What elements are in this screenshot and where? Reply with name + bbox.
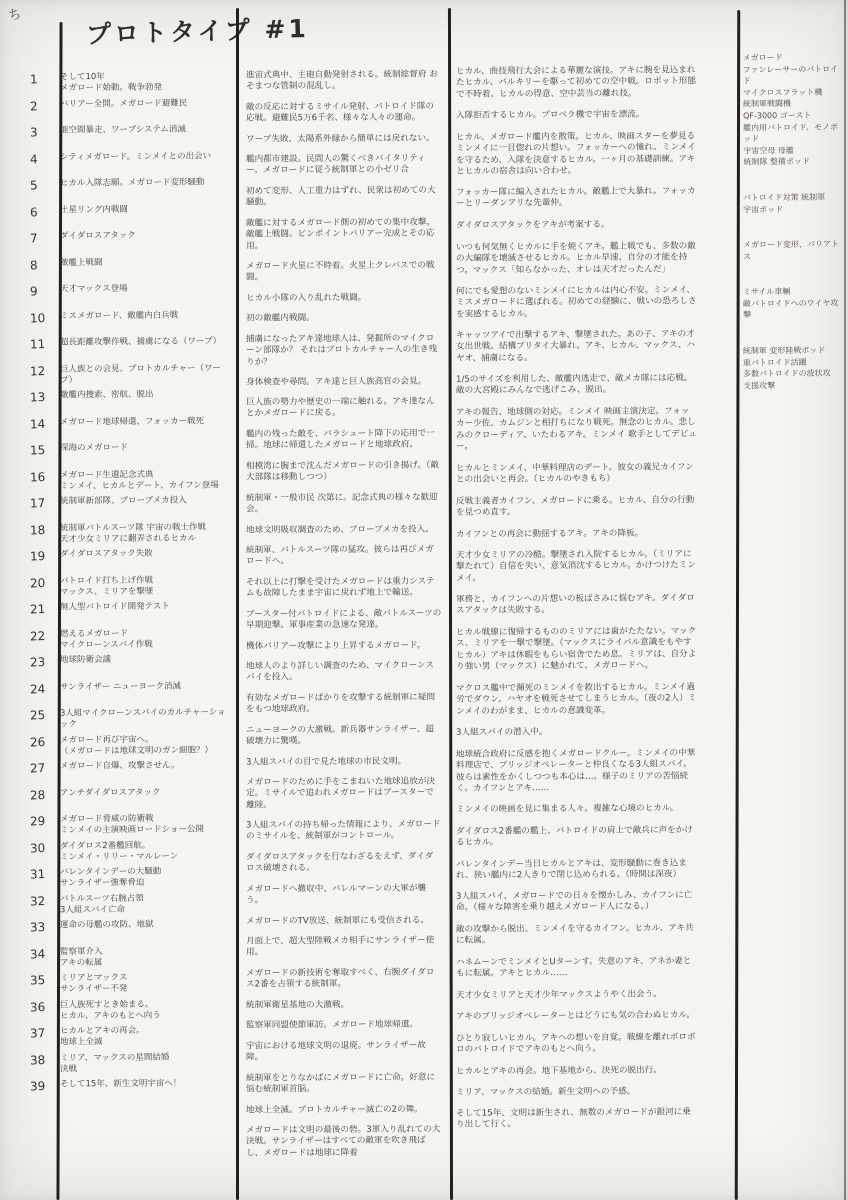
beat-row: 12 巨人族との会見、プロトカルチャー（ワープ） bbox=[30, 364, 232, 391]
beat-summary: 敵艦内捜索、密航、脱出 bbox=[60, 390, 154, 402]
detail-paragraph: 3人組スパイの持ち帰った情報により、メガロードのミサイルを、統制軍がコントロール… bbox=[246, 820, 442, 844]
beat-summary: そして10年 メガロード始動。戦争勃発 bbox=[60, 72, 162, 95]
detail-paragraph: 月面上で、超大型陸戦メカ相手にサンライザー使用。 bbox=[246, 936, 442, 960]
beat-row: 15 深海のメガロード bbox=[30, 443, 232, 470]
detail-paragraph: 宇宙における地球文明の退廃。サンライザー故障。 bbox=[246, 1040, 442, 1064]
scan-edge-line bbox=[844, 0, 846, 1200]
beat-summary: バレンタインデーの大騒動 サンライザー強奪脅迫 bbox=[60, 867, 161, 890]
character-paragraph: キャッツアイで出撃するアキ、撃墜された。あの子、アキの才女出世戦。結構ブリタイ大… bbox=[456, 329, 698, 365]
beat-number: 4 bbox=[30, 151, 60, 166]
detail-paragraph: 統制軍をとりなかばにメガロードに亡命。好意に悩む統制軍首脳。 bbox=[246, 1072, 442, 1096]
beat-summary: バリアー全開。メガロード避難民 bbox=[60, 98, 187, 110]
beat-number: 31 bbox=[30, 866, 60, 881]
beat-number: 7 bbox=[30, 230, 60, 245]
detail-paragraph: ブースター付バトロイドによる、敵バトルスーツの早期迎撃。軍事産業の急速な発達。 bbox=[246, 608, 442, 632]
beat-summary: ヒカルとアキの再会。 地球上全滅 bbox=[60, 1026, 145, 1049]
beat-row: 28 アンチダイダロスアタック bbox=[30, 788, 232, 815]
beat-number: 25 bbox=[30, 707, 60, 722]
character-paragraph: いつも何気無くヒカルに手を焼くアキ。艦上戦でも、多数の敵の大編隊を壊滅させるヒカ… bbox=[456, 241, 698, 277]
column-divider-line bbox=[236, 8, 239, 1200]
detail-paragraph: 巨人族の勢力や歴史の一端に触れる。アキ達なんとかメガロードに戻る。 bbox=[246, 397, 442, 421]
corner-mark: ち bbox=[7, 3, 23, 24]
beat-number: 5 bbox=[30, 177, 60, 192]
detail-paragraph: 統制軍、バトルスーツ隊の猛攻。彼らは再びメガロードへ。 bbox=[246, 545, 442, 569]
character-paragraph: ミンメイの映画を見に集まる人々。複雑な心境のヒカル。 bbox=[456, 804, 698, 817]
beat-row: 17 統制軍新部隊、プローブメカ投入 bbox=[30, 496, 232, 523]
beat-summary: 天才マックス登場 bbox=[60, 284, 128, 296]
detail-paragraph: メガロードは文明の最後の砦。3軍入り乱れての大決戦。サンライザーはすべての敵軍を… bbox=[246, 1124, 442, 1159]
beat-row: 23 地球防衛会議 bbox=[30, 655, 232, 682]
detail-paragraph: 捕虜になったアキ達地球人は、発掘所のマイクローン部隊か？ それはプロトカルチャー… bbox=[246, 333, 442, 368]
beat-number: 17 bbox=[30, 495, 60, 510]
character-paragraph: ヒカル、曲技飛行大会による華麗な演技。アキに腕を見込まれたヒカル、バルキリーを駆… bbox=[456, 65, 698, 101]
detail-paragraph: 進宙式典中、主砲自動発射される。統制総督府 おそまつな管制の混乱し。 bbox=[246, 69, 442, 93]
detail-paragraph: 初めて変形、人工重力はずれ、民衆は初めての大騒動。 bbox=[246, 185, 442, 209]
beat-number: 39 bbox=[30, 1078, 60, 1093]
detail-column: 進宙式典中、主砲自動発射される。統制総督府 おそまつな管制の混乱し。 敵の反応に… bbox=[246, 70, 442, 1168]
beat-row: 19 ダイダロスアタック失敗 bbox=[30, 549, 232, 576]
detail-paragraph: それ以上に打撃を受けたメガロードは重力システムも故障したまま宇宙に戻れず地上で輸… bbox=[246, 577, 442, 601]
beat-summary: そして15年、新生文明宇宙へ！ bbox=[60, 1079, 181, 1091]
beat-row: 35 ミリアとマックス サンライザー不発 bbox=[30, 973, 232, 1000]
character-paragraph: フォッカー隊に編入されたヒカル。敵艦上で大暴れ。フォッカーとリーダンアリな先輩仲… bbox=[456, 187, 698, 211]
detail-paragraph: ワープ失敗、太陽系外縁から簡単には戻れない。 bbox=[246, 133, 442, 145]
beat-number: 36 bbox=[30, 999, 60, 1014]
beat-summary: 亜空間暴走、ワープシステム消滅 bbox=[60, 125, 186, 137]
beat-row: 1 そして10年 メガロード始動。戦争勃発 bbox=[30, 72, 232, 99]
beat-number: 6 bbox=[30, 204, 60, 219]
beat-summary: アンチダイダロスアタック bbox=[60, 787, 161, 799]
beat-row: 34 監察軍介入 アキの転属 bbox=[30, 947, 232, 974]
mecha-notes-column: メガロード ファンレーサーのバトロイド マイクロスフラット機 統制軍戦闘機 QF… bbox=[743, 52, 843, 415]
beat-number: 10 bbox=[30, 310, 60, 325]
beat-row: 7 ダイダロスアタック bbox=[30, 231, 232, 258]
beat-row: 5 ヒカル入隊志願。メガロード変形騒動 bbox=[30, 178, 232, 205]
beat-summary: ダイダロスアタック bbox=[60, 231, 136, 243]
character-paragraph: 何にでも愛想のないミンメイにヒカルは内心不安。ミンメイ、ミスメガロードに選ばれる… bbox=[456, 285, 698, 321]
beat-number: 22 bbox=[30, 628, 60, 643]
beat-summary: 土星リング内戦闘 bbox=[60, 204, 128, 216]
character-paragraph: 3人組スパイ、メガロードでの日々を懐かしみ、カイフンに亡命。（様々な障害を乗り越… bbox=[456, 891, 698, 915]
beat-row: 31 バレンタインデーの大騒動 サンライザー強奪脅迫 bbox=[30, 867, 232, 894]
beat-list-column: 1 そして10年 メガロード始動。戦争勃発 2 バリアー全開。メガロード避難民 … bbox=[30, 72, 232, 1106]
beat-number: 15 bbox=[30, 442, 60, 457]
beat-summary: ダイダロス2番艦回航。 ミンメイ・リリー・マルレーン bbox=[60, 840, 178, 863]
beat-row: 4 シティメガロード。ミンメイとの出会い bbox=[30, 152, 232, 179]
beat-summary: 3人組マイクローンスパイのカルチャーショック bbox=[60, 707, 232, 730]
beat-number: 24 bbox=[30, 681, 60, 696]
page-title: プロトタイプ #1 bbox=[86, 9, 310, 51]
character-paragraph: アキの報告、地球側の対応。ミンメイ 映画主演決定。フォッカー少佐、カムジンと相打… bbox=[456, 407, 698, 454]
beat-summary: メガロード生還記念式典 ミンメイ、ヒカルとデート、カイフン登場 bbox=[60, 469, 219, 492]
detail-paragraph: 身体検査や尋問。アキ達と巨人族高官の会見。 bbox=[246, 377, 442, 389]
detail-paragraph: 地球上全滅。プロトカルチャー滅亡の2の舞。 bbox=[246, 1104, 442, 1116]
beat-number: 14 bbox=[30, 416, 60, 431]
beat-number: 16 bbox=[30, 469, 60, 484]
beat-row: 33 運命の母艦の攻防、地獄 bbox=[30, 920, 232, 947]
beat-number: 38 bbox=[30, 1052, 60, 1067]
beat-summary: シティメガロード。ミンメイとの出会い bbox=[60, 151, 211, 163]
character-paragraph: ひとり寂しいヒカル。アキへの想いを自覚。戦線を離れボロボロのバトロイドでアキのも… bbox=[456, 1032, 698, 1056]
beat-row: 3 亜空間暴走、ワープシステム消滅 bbox=[30, 125, 232, 152]
detail-paragraph: 相模湾に胸まで沈んだメガロードの引き揚げ。（敵大部隊は移動しつつ） bbox=[246, 461, 442, 485]
beat-summary: 運命の母艦の攻防、地獄 bbox=[60, 920, 154, 932]
character-paragraph: 3人組スパイの潜入中。 bbox=[456, 726, 698, 739]
beat-row: 26 メガロード再び宇宙へ。 （メガロードは地球文明のガン細胞？） bbox=[30, 735, 232, 762]
beat-summary: 巨人族との会見、プロトカルチャー（ワープ） bbox=[60, 363, 232, 386]
beat-number: 1 bbox=[30, 71, 60, 86]
character-paragraph: 1/5のサイズを利用した、敵艦内逃走で、敵メカ隊には応戦。敵の大宮殿にみんなで逃… bbox=[456, 374, 698, 398]
detail-paragraph: 有効なメガロードばかりを攻撃する統制軍に疑問をもつ地球政府。 bbox=[246, 693, 442, 717]
beat-row: 8 敵艦上戦闘 bbox=[30, 258, 232, 285]
beat-summary: 超長距離攻撃作戦、捕虜になる（ワープ） bbox=[60, 336, 221, 348]
beat-row: 27 メガロード自爆、攻撃させん。 bbox=[30, 761, 232, 788]
character-paragraph: カイフンとの再会に動揺するアキ。アキの降板。 bbox=[456, 528, 698, 541]
beat-summary: 地球防衛会議 bbox=[60, 655, 111, 666]
mecha-note: バトロイド対策 統制軍 宇宙ポッド bbox=[743, 192, 843, 216]
mecha-note: ミサイル車輌 敵バトロイドへのワイヤ攻撃 bbox=[743, 286, 843, 322]
detail-paragraph: メガロードの新技術を奪取すべく、右腕ダイダロス2番を占領する統制軍。 bbox=[246, 968, 442, 992]
beat-number: 2 bbox=[30, 98, 60, 113]
beat-summary: 統制軍新部隊、プローブメカ投入 bbox=[60, 496, 187, 508]
character-paragraph: ダイダロスアタックをアキが考案する。 bbox=[456, 219, 698, 232]
character-paragraph: ヒカルとミンメイ、中華料理店のデート。彼女の義兄カイフンとの出会いと再会。（ヒカ… bbox=[456, 462, 698, 486]
beat-row: 6 土星リング内戦闘 bbox=[30, 205, 232, 232]
beat-row: 29 メガロード脅威の防衛戦 ミンメイの主演映画ロードショー公開 bbox=[30, 814, 232, 841]
detail-paragraph: メガロードのために手をこまねいた地球追放が決定。ミサイルで追われメガロードはブー… bbox=[246, 777, 442, 812]
beat-row: 39 そして15年、新生文明宇宙へ！ bbox=[30, 1079, 232, 1106]
scanned-page: ち プロトタイプ #1 1 そして10年 メガロード始動。戦争勃発 2 バリアー… bbox=[0, 0, 848, 1200]
beat-row: 25 3人組マイクローンスパイのカルチャーショック bbox=[30, 708, 232, 735]
beat-row: 18 統制軍バトルスーツ隊 宇宙の戦士作戦 天才少女ミリアに翻弄されるヒカル bbox=[30, 523, 232, 550]
beat-number: 26 bbox=[30, 734, 60, 749]
beat-summary: ミスメガロード、敵艦内白兵戦 bbox=[60, 310, 178, 322]
beat-summary: 統制軍バトルスーツ隊 宇宙の戦士作戦 天才少女ミリアに翻弄されるヒカル bbox=[60, 522, 206, 545]
beat-summary: メガロード脅威の防衛戦 ミンメイの主演映画ロードショー公開 bbox=[60, 813, 204, 836]
character-paragraph: 入隊拒否するヒカル。プロペラ機で宇宙を漂流。 bbox=[456, 110, 698, 123]
beat-row: 20 バトロイド打ち上げ作戦 マックス、ミリアを撃墜 bbox=[30, 576, 232, 603]
detail-paragraph: メガロード火星に不時着。火星上クレバスでの戦闘。 bbox=[246, 261, 442, 285]
beat-row: 13 敵艦内捜索、密航、脱出 bbox=[30, 390, 232, 417]
beat-row: 36 巨人族死すとき始まる。 ヒカル、アキのもとへ向う bbox=[30, 1000, 232, 1027]
column-divider-line bbox=[735, 10, 740, 1200]
beat-number: 35 bbox=[30, 972, 60, 987]
beat-number: 33 bbox=[30, 919, 60, 934]
detail-paragraph: 機体バリアー攻撃により上昇するメガロード。 bbox=[246, 640, 442, 652]
beat-summary: メガロード再び宇宙へ。 （メガロードは地球文明のガン細胞？） bbox=[60, 734, 213, 757]
beat-number: 18 bbox=[30, 522, 60, 537]
character-paragraph: ハネムーンでミンメイとUターンす。失意のアキ、アネか妻ともに転属。アキとヒカル…… bbox=[456, 956, 698, 980]
beat-summary: メガロード地球帰還、フォッカー戦死 bbox=[60, 416, 204, 428]
character-paragraph: 天才少女ミリアの冷酷。撃墜され入院するヒカル。（ミリアに撃たれて）自信を失い、意… bbox=[456, 549, 698, 585]
beat-number: 32 bbox=[30, 893, 60, 908]
beat-summary: 敵艦上戦闘 bbox=[60, 257, 103, 268]
detail-paragraph: 地球人のより詳しい調査のため、マイクローンスパイを投入。 bbox=[246, 661, 442, 685]
detail-paragraph: 統制軍・一般市民 次第に。記念式典の様々な歓迎会。 bbox=[246, 492, 442, 516]
detail-paragraph: ダイダロスアタックを行なわざるをえず、ダイダロス破壊される。 bbox=[246, 852, 442, 876]
beat-number: 3 bbox=[30, 124, 60, 139]
character-paragraph: 地球統合政府に反感を抱くメガロードクルー。ミンメイの中華料理店で、ブリッジオペレ… bbox=[456, 748, 698, 795]
character-column: ヒカル、曲技飛行大会による華麗な演技。アキに腕を見込まれたヒカル、バルキリーを駆… bbox=[456, 66, 698, 1141]
beat-number: 29 bbox=[30, 813, 60, 828]
beat-number: 34 bbox=[30, 946, 60, 961]
beat-summary: 燃えるメガロード マイクローンスパイ作戦 bbox=[60, 628, 153, 651]
character-paragraph: マクロス艦中で瀕死のミンメイを救出するヒカル。ミンメイ過労でダウン。ハヤオを戦死… bbox=[456, 682, 698, 718]
mecha-note: メガロード変形、バリアトス bbox=[743, 239, 843, 263]
beat-summary: 監察軍介入 アキの転属 bbox=[60, 946, 103, 968]
beat-number: 23 bbox=[30, 654, 60, 669]
beat-summary: 巨人族死すとき始まる。 ヒカル、アキのもとへ向う bbox=[60, 999, 161, 1022]
character-paragraph: ミリア、マックスの結婚。新生文明への予感。 bbox=[456, 1086, 698, 1099]
column-divider-line bbox=[448, 8, 453, 1200]
beat-summary: 深海のメガロード bbox=[60, 443, 128, 455]
detail-paragraph: 初の敵艦内戦闘。 bbox=[246, 313, 442, 325]
character-paragraph: そして15年、文明は新生され、無数のメガロードが銀河に乗り出して行く。 bbox=[456, 1108, 698, 1132]
beat-summary: バトルスーツ右腕占領 3人組スパイ亡命 bbox=[60, 893, 144, 916]
beat-number: 20 bbox=[30, 575, 60, 590]
character-paragraph: ヒカルとアキの再会。地下基地から、決死の脱出行。 bbox=[456, 1065, 698, 1078]
detail-paragraph: 統制軍衛星基地の大激戦。 bbox=[246, 1000, 442, 1012]
beat-number: 13 bbox=[30, 389, 60, 404]
detail-paragraph: 艦内の残った敵を、パラシュート降下の応用で一掃。地球に帰還したメガロードと地球政… bbox=[246, 429, 442, 453]
beat-number: 28 bbox=[30, 787, 60, 802]
character-paragraph: ヒカル戦線に復帰するもののミリアには歯がたたない。マックス、ミリアを一撃で撃墜。… bbox=[456, 626, 698, 673]
beat-summary: ミリア、マックスの星間結婚 決戦 bbox=[60, 1052, 170, 1075]
beat-number: 21 bbox=[30, 601, 60, 616]
beat-summary: メガロード自爆、攻撃させん。 bbox=[60, 761, 180, 773]
beat-row: 37 ヒカルとアキの再会。 地球上全滅 bbox=[30, 1026, 232, 1053]
detail-paragraph: 3人組スパイの目で見た地球の市民文明。 bbox=[246, 756, 442, 768]
character-paragraph: 敵の攻撃から脱出、ミンメイを守るカイフン。ヒカル、アキ共に転属。 bbox=[456, 923, 698, 947]
beat-number: 8 bbox=[30, 257, 60, 272]
beat-number: 37 bbox=[30, 1025, 60, 1040]
character-paragraph: 軍務と、カイフンへの片想いの板ばさみに悩むアキ。ダイダロスアタックは失敗する。 bbox=[456, 594, 698, 618]
detail-paragraph: 敵艦に対するメガロード側の初めての集中攻撃。敵艦上戦闘。ピンポイントバリアー完成… bbox=[246, 217, 442, 252]
beat-row: 21 無人型バトロイド開発テスト bbox=[30, 602, 232, 629]
detail-paragraph: ニューヨークの大激戦。新兵器サンライザー、超破壊力に驚嘆。 bbox=[246, 724, 442, 748]
beat-row: 16 メガロード生還記念式典 ミンメイ、ヒカルとデート、カイフン登場 bbox=[30, 470, 232, 497]
beat-number: 11 bbox=[30, 336, 60, 351]
detail-paragraph: メガロードへ撤収中、バレルマーンの大軍が襲う。 bbox=[246, 884, 442, 908]
beat-row: 9 天才マックス登場 bbox=[30, 284, 232, 311]
detail-paragraph: ヒカル小隊の入り乱れた戦闘。 bbox=[246, 292, 442, 304]
detail-paragraph: メガロードのTV放送、統制軍にも受信される。 bbox=[246, 915, 442, 927]
mecha-note: メガロード ファンレーサーのバトロイド マイクロスフラット機 統制軍戦闘機 QF… bbox=[742, 52, 843, 169]
beat-summary: バトロイド打ち上げ作戦 マックス、ミリアを撃墜 bbox=[60, 575, 153, 598]
detail-paragraph: 艦内都市建設。民間人の驚くべきバイタリティー。メガロードに従う統制軍との小ゼリ合 bbox=[246, 154, 442, 178]
character-paragraph: ダイダロス2番艦の艦上、バトロイドの肩上で敵兵に声をかけるヒカル。 bbox=[456, 825, 698, 849]
beat-number: 19 bbox=[30, 548, 60, 563]
character-paragraph: バレンタインデー当日ヒカルとアキは、変形騒動に巻き込まれ、狭い艦内に2人きりで閉… bbox=[456, 858, 698, 882]
beat-row: 14 メガロード地球帰還、フォッカー戦死 bbox=[30, 417, 232, 444]
beat-row: 32 バトルスーツ右腕占領 3人組スパイ亡命 bbox=[30, 894, 232, 921]
beat-summary: ヒカル入隊志願。メガロード変形騒動 bbox=[60, 177, 205, 189]
detail-paragraph: 監察軍同盟使節軍訪。メガロード地球帰還。 bbox=[246, 1020, 442, 1032]
beat-summary: ミリアとマックス サンライザー不発 bbox=[60, 973, 128, 996]
beat-row: 24 サンライザー ニューヨーク消滅 bbox=[30, 682, 232, 709]
beat-row: 11 超長距離攻撃作戦、捕虜になる（ワープ） bbox=[30, 337, 232, 364]
beat-number: 30 bbox=[30, 840, 60, 855]
beat-number: 27 bbox=[30, 760, 60, 775]
beat-row: 30 ダイダロス2番艦回航。 ミンメイ・リリー・マルレーン bbox=[30, 841, 232, 868]
character-paragraph: 反戦主義者カイフン、メガロードに乗る。ヒカル、自分の行動を見つめ直す。 bbox=[456, 495, 698, 519]
beat-row: 22 燃えるメガロード マイクローンスパイ作戦 bbox=[30, 629, 232, 656]
character-paragraph: ヒカル、メガロード艦内を散策。ヒカル、映画スターを夢見るミンメイに一目惚れの片想… bbox=[456, 131, 698, 178]
beat-number: 12 bbox=[30, 363, 60, 378]
beat-row: 10 ミスメガロード、敵艦内白兵戦 bbox=[30, 311, 232, 338]
detail-paragraph: 地球文明吸収調査のため、プローブメカを投入。 bbox=[246, 524, 442, 536]
beat-row: 2 バリアー全開。メガロード避難民 bbox=[30, 99, 232, 126]
beat-number: 9 bbox=[30, 283, 60, 298]
character-paragraph: アキのブリッジオペレーターとはどうにも気の合わぬヒカル。 bbox=[456, 1011, 698, 1024]
beat-summary: 無人型バトロイド開発テスト bbox=[60, 602, 170, 614]
beat-summary: サンライザー ニューヨーク消滅 bbox=[60, 681, 181, 693]
character-paragraph: 天才少女ミリアと天才少年マックスようやく出会う。 bbox=[456, 989, 698, 1002]
beat-summary: ダイダロスアタック失敗 bbox=[60, 549, 153, 561]
beat-row: 38 ミリア、マックスの星間結婚 決戦 bbox=[30, 1053, 232, 1080]
detail-paragraph: 敵の反応に対するミサイル発射、バトロイド隊の応戦。避難民5万6千名、様々な人々の… bbox=[246, 101, 442, 125]
mecha-note: 統制軍 変形陸戦ポッド 重バトロイド活躍 多数バトロイドの波状攻 支援攻撃 bbox=[743, 345, 843, 392]
